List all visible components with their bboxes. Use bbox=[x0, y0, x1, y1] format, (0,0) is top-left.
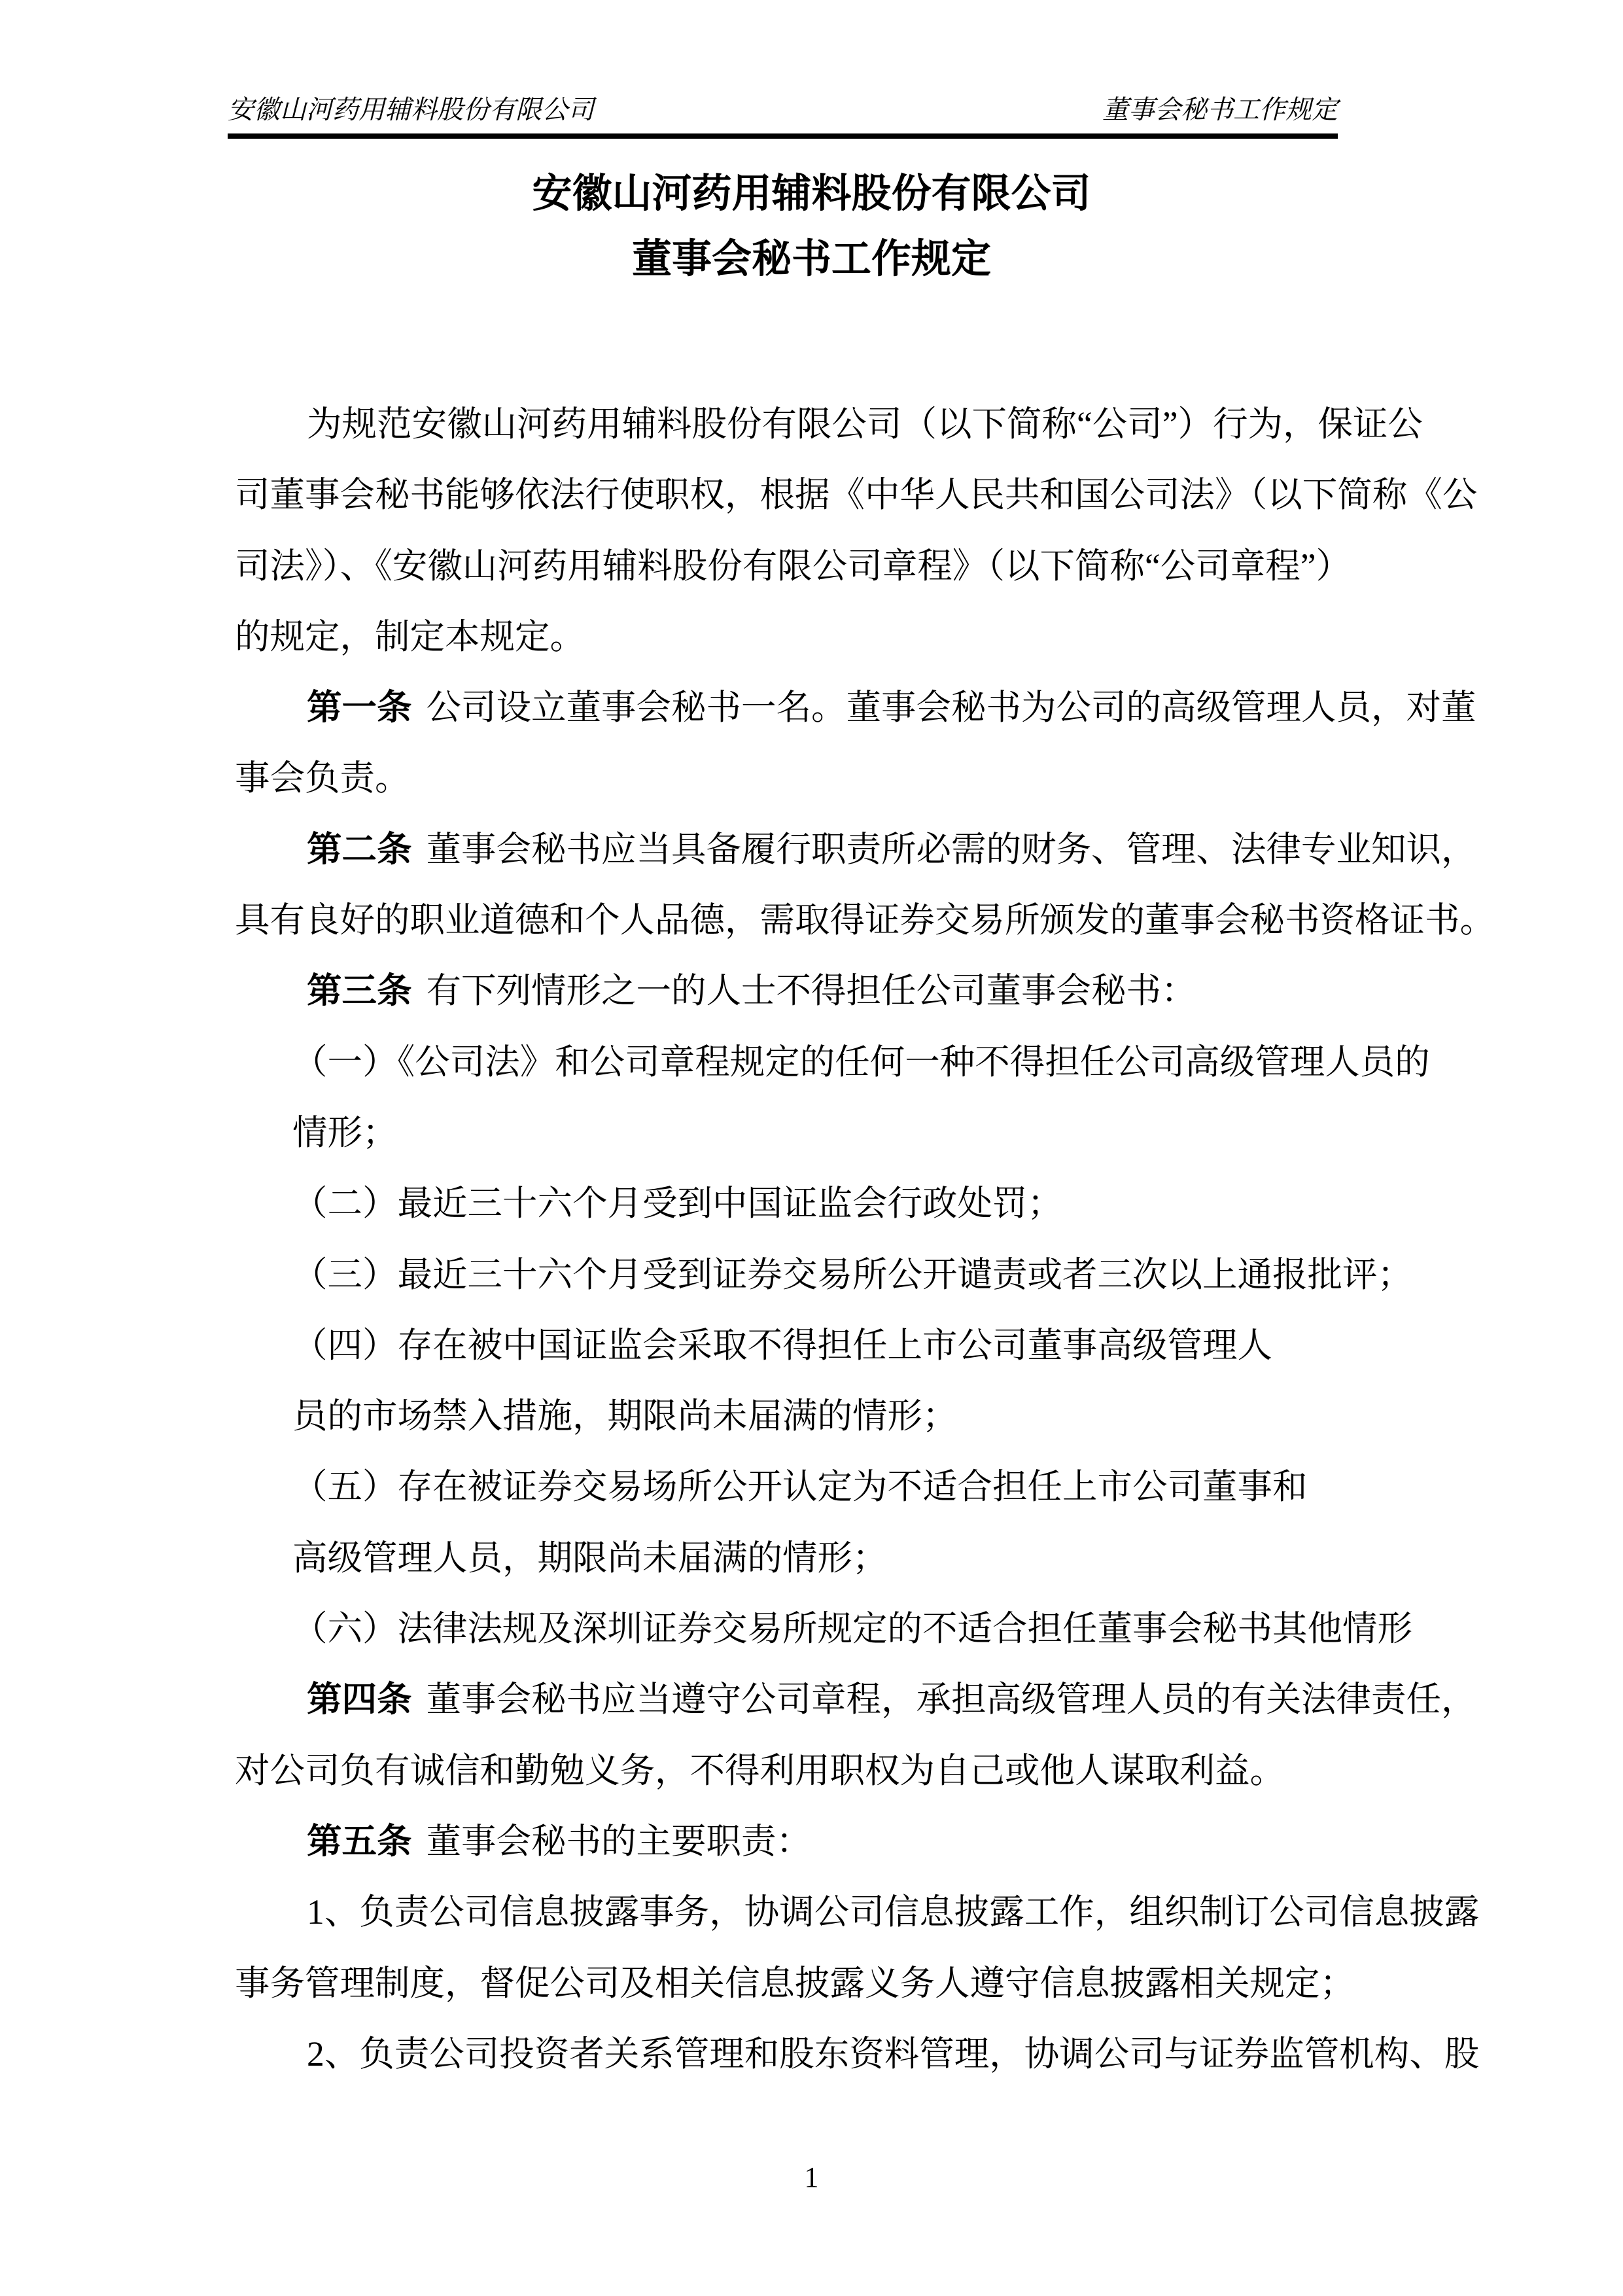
document-title-line1: 安徽山河药用辅料股份有限公司 bbox=[0, 171, 1623, 217]
line-text: 董事会秘书的主要职责： bbox=[427, 1822, 812, 1861]
text-line: 1、负责公司信息披露事务，协调公司信息披露工作，组织制订公司信息披露 bbox=[235, 1877, 1406, 1947]
line-text: 具有良好的职业道德和个人品德，需取得证券交易所颁发的董事会秘书资格证书。 bbox=[235, 900, 1495, 940]
text-line: 2、负责公司投资者关系管理和股东资料管理，协调公司与证券监管机构、股 bbox=[235, 2019, 1406, 2089]
text-line: （二）最近三十六个月受到中国证监会行政处罚； bbox=[292, 1168, 1406, 1239]
text-line: 第二条董事会秘书应当具备履行职责所必需的财务、管理、法律专业知识， bbox=[235, 814, 1406, 885]
line-text: 为规范安徽山河药用辅料股份有限公司（以下简称“公司”）行为，保证公 bbox=[307, 404, 1423, 444]
line-text: 司董事会秘书能够依法行使职权，根据《中华人民共和国公司法》（以下简称《公 bbox=[235, 475, 1477, 514]
text-line: 情形； bbox=[292, 1097, 1406, 1168]
line-text: （三）最近三十六个月受到证券交易所公开谴责或者三次以上通报批评； bbox=[292, 1255, 1412, 1294]
line-text: 事务管理制度，督促公司及相关信息披露义务人遵守信息披露相关规定； bbox=[235, 1964, 1355, 2003]
line-text: 员的市场禁入措施，期限尚未届满的情形； bbox=[292, 1396, 958, 1436]
text-line: 第三条有下列情形之一的人士不得担任公司董事会秘书： bbox=[235, 955, 1406, 1026]
text-line: 第五条董事会秘书的主要职责： bbox=[235, 1806, 1406, 1877]
line-text: （六）法律法规及深圳证券交易所规定的不适合担任董事会秘书其他情形 bbox=[292, 1609, 1412, 1648]
line-text: 1、负责公司信息披露事务，协调公司信息披露工作，组织制订公司信息披露 bbox=[307, 1892, 1479, 1932]
text-line: （四）存在被中国证监会采取不得担任上市公司董事高级管理人 bbox=[292, 1310, 1406, 1381]
text-line: 的规定，制定本规定。 bbox=[235, 601, 1406, 672]
header-rule bbox=[228, 133, 1338, 139]
text-line: 事会负责。 bbox=[235, 743, 1406, 813]
text-line: （一）《公司法》和公司章程规定的任何一种不得担任公司高级管理人员的 bbox=[292, 1027, 1406, 1097]
document-title-line2: 董事会秘书工作规定 bbox=[0, 237, 1623, 283]
text-line: 员的市场禁入措施，期限尚未届满的情形； bbox=[292, 1381, 1406, 1451]
text-line: 事务管理制度，督促公司及相关信息披露义务人遵守信息披露相关规定； bbox=[235, 1948, 1406, 2019]
line-text: 对公司负有诚信和勤勉义务，不得利用职权为自己或他人谋取利益。 bbox=[235, 1751, 1285, 1790]
text-line: 对公司负有诚信和勤勉义务，不得利用职权为自己或他人谋取利益。 bbox=[235, 1735, 1406, 1806]
line-text: 司法》）、《安徽山河药用辅料股份有限公司章程》（以下简称“公司章程”） bbox=[235, 546, 1351, 586]
line-text: 有下列情形之一的人士不得担任公司董事会秘书： bbox=[427, 971, 1196, 1010]
line-text: 的规定，制定本规定。 bbox=[235, 617, 585, 656]
document-body: 为规范安徽山河药用辅料股份有限公司（以下简称“公司”）行为，保证公司董事会秘书能… bbox=[235, 389, 1406, 2089]
line-text: （四）存在被中国证监会采取不得担任上市公司董事高级管理人 bbox=[292, 1326, 1272, 1365]
line-text: （一）《公司法》和公司章程规定的任何一种不得担任公司高级管理人员的 bbox=[292, 1042, 1430, 1082]
page-number: 1 bbox=[0, 2161, 1623, 2195]
line-text: 高级管理人员，期限尚未届满的情形； bbox=[292, 1538, 888, 1578]
text-line: 为规范安徽山河药用辅料股份有限公司（以下简称“公司”）行为，保证公 bbox=[235, 389, 1406, 459]
text-line: 第一条公司设立董事会秘书一名。董事会秘书为公司的高级管理人员，对董 bbox=[235, 672, 1406, 743]
article-label: 第二条 bbox=[307, 830, 427, 869]
line-text: 事会负责。 bbox=[235, 758, 410, 798]
page-header: 安徽山河药用辅料股份有限公司 董事会秘书工作规定 bbox=[228, 90, 1338, 130]
article-label: 第一条 bbox=[307, 688, 427, 727]
text-line: 具有良好的职业道德和个人品德，需取得证券交易所颁发的董事会秘书资格证书。 bbox=[235, 885, 1406, 955]
line-text: 董事会秘书应当具备履行职责所必需的财务、管理、法律专业知识， bbox=[427, 830, 1476, 869]
text-line: 第四条董事会秘书应当遵守公司章程，承担高级管理人员的有关法律责任， bbox=[235, 1664, 1406, 1735]
text-line: （五）存在被证券交易场所公开认定为不适合担任上市公司董事和 bbox=[292, 1451, 1406, 1522]
text-line: （六）法律法规及深圳证券交易所规定的不适合担任董事会秘书其他情形 bbox=[292, 1593, 1406, 1664]
line-text: 2、负责公司投资者关系管理和股东资料管理，协调公司与证券监管机构、股 bbox=[307, 2034, 1479, 2074]
line-text: 董事会秘书应当遵守公司章程，承担高级管理人员的有关法律责任， bbox=[427, 1680, 1476, 1719]
header-company-name: 安徽山河药用辅料股份有限公司 bbox=[228, 90, 594, 130]
text-line: 司董事会秘书能够依法行使职权，根据《中华人民共和国公司法》（以下简称《公 bbox=[235, 459, 1406, 530]
article-label: 第三条 bbox=[307, 971, 427, 1010]
text-line: （三）最近三十六个月受到证券交易所公开谴责或者三次以上通报批评； bbox=[292, 1239, 1406, 1310]
line-text: （二）最近三十六个月受到中国证监会行政处罚； bbox=[292, 1184, 1062, 1223]
article-label: 第四条 bbox=[307, 1680, 427, 1719]
text-line: 司法》）、《安徽山河药用辅料股份有限公司章程》（以下简称“公司章程”） bbox=[235, 531, 1406, 601]
line-text: 公司设立董事会秘书一名。董事会秘书为公司的高级管理人员，对董 bbox=[427, 688, 1476, 727]
header-doc-title: 董事会秘书工作规定 bbox=[1102, 90, 1338, 130]
document-page: 安徽山河药用辅料股份有限公司 董事会秘书工作规定 安徽山河药用辅料股份有限公司 … bbox=[0, 0, 1623, 2296]
line-text: （五）存在被证券交易场所公开认定为不适合担任上市公司董事和 bbox=[292, 1467, 1308, 1506]
line-text: 情形； bbox=[292, 1113, 398, 1152]
article-label: 第五条 bbox=[307, 1822, 427, 1861]
text-line: 高级管理人员，期限尚未届满的情形； bbox=[292, 1523, 1406, 1593]
